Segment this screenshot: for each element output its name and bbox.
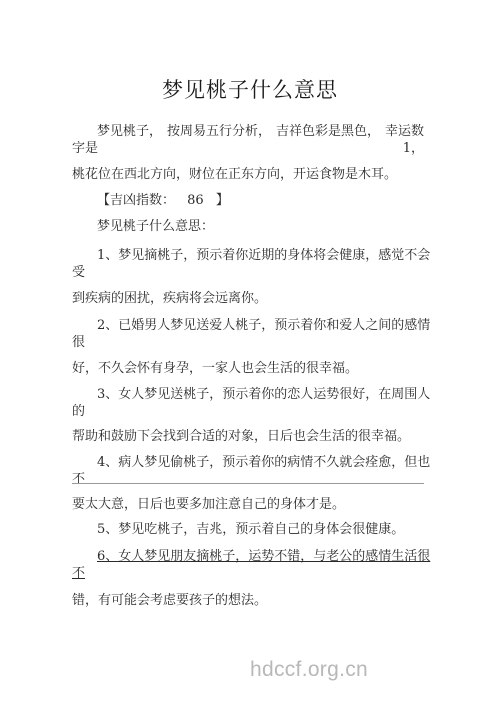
horizontal-rule [72,483,424,484]
intro-seg: 幸运数 [385,124,424,140]
intro-line-3: 桃花位在西北方向，财位在正东方向，开运食物是木耳。 [72,167,424,183]
document-title: 梦见桃子什么意思 [0,74,500,104]
document-page: 梦见桃子什么意思 梦见桃子， 按周易五行分析， 吉祥色彩是黑色， 幸运数 字是 … [0,0,500,708]
item-6-line-1: 6、女人梦见朋友摘桃子，运势不错，与老公的感情生活很 [97,549,424,565]
item-4-line-3: 要太大意，日后也要多加注意自己的身体才是。 [72,497,424,513]
item-1-line-1: 1、梦见摘桃子，预示着你近期的身体将会健康，感觉不会 [97,248,424,264]
item-3-line-1: 3、女人梦见送桃子，预示着你的恋人运势很好，在周围人 [97,387,424,403]
intro-seg: 字是 [72,141,98,157]
item-1-line-2: 受 [72,265,424,281]
item-6-line-3: 错，有可能会考虑要孩子的想法。 [72,593,424,609]
subheading: 梦见桃子什么意思： [97,219,424,235]
lucky-number: 1， [403,141,424,157]
watermark: hdccf.org.cn [250,658,368,682]
fortune-index-value: 86 [187,193,204,208]
item-6-line-2: 不 [72,566,424,582]
item-2-line-1: 2、已婚男人梦见送爱人桃子，预示着你和爱人之间的感情 [97,318,424,334]
item-4-line-1: 4、病人梦见偷桃子，预示着你的病情不久就会痊愈，但也 [97,455,424,471]
item-3-line-2: 的 [72,404,424,420]
intro-line-2: 字是 1， [72,141,424,157]
intro-seg: 吉祥色彩是黑色， [276,124,380,140]
item-2-line-3: 好，不久会怀有身孕，一家人也会生活的很幸福。 [72,361,424,377]
fortune-index: 【吉凶指数： 86 】 [97,193,424,209]
item-5-line-1: 5、梦见吃桃子，吉兆，预示着自己的身体会很健康。 [97,522,424,538]
item-3-line-3: 帮助和鼓励下会找到合适的对象，日后也会生活的很幸福。 [72,429,424,445]
intro-line-1: 梦见桃子， 按周易五行分析， 吉祥色彩是黑色， 幸运数 [97,124,424,140]
fortune-index-label: 【吉凶指数： [97,193,175,208]
intro-seg: 按周易五行分析， [167,124,271,140]
intro-seg: 梦见桃子， [97,124,162,140]
item-2-line-2: 很 [72,335,424,351]
item-4-line-2: 不 [72,472,424,488]
item-1-line-3: 到疾病的困扰，疾病将会远离你。 [72,291,424,307]
fortune-index-close: 】 [216,193,229,208]
